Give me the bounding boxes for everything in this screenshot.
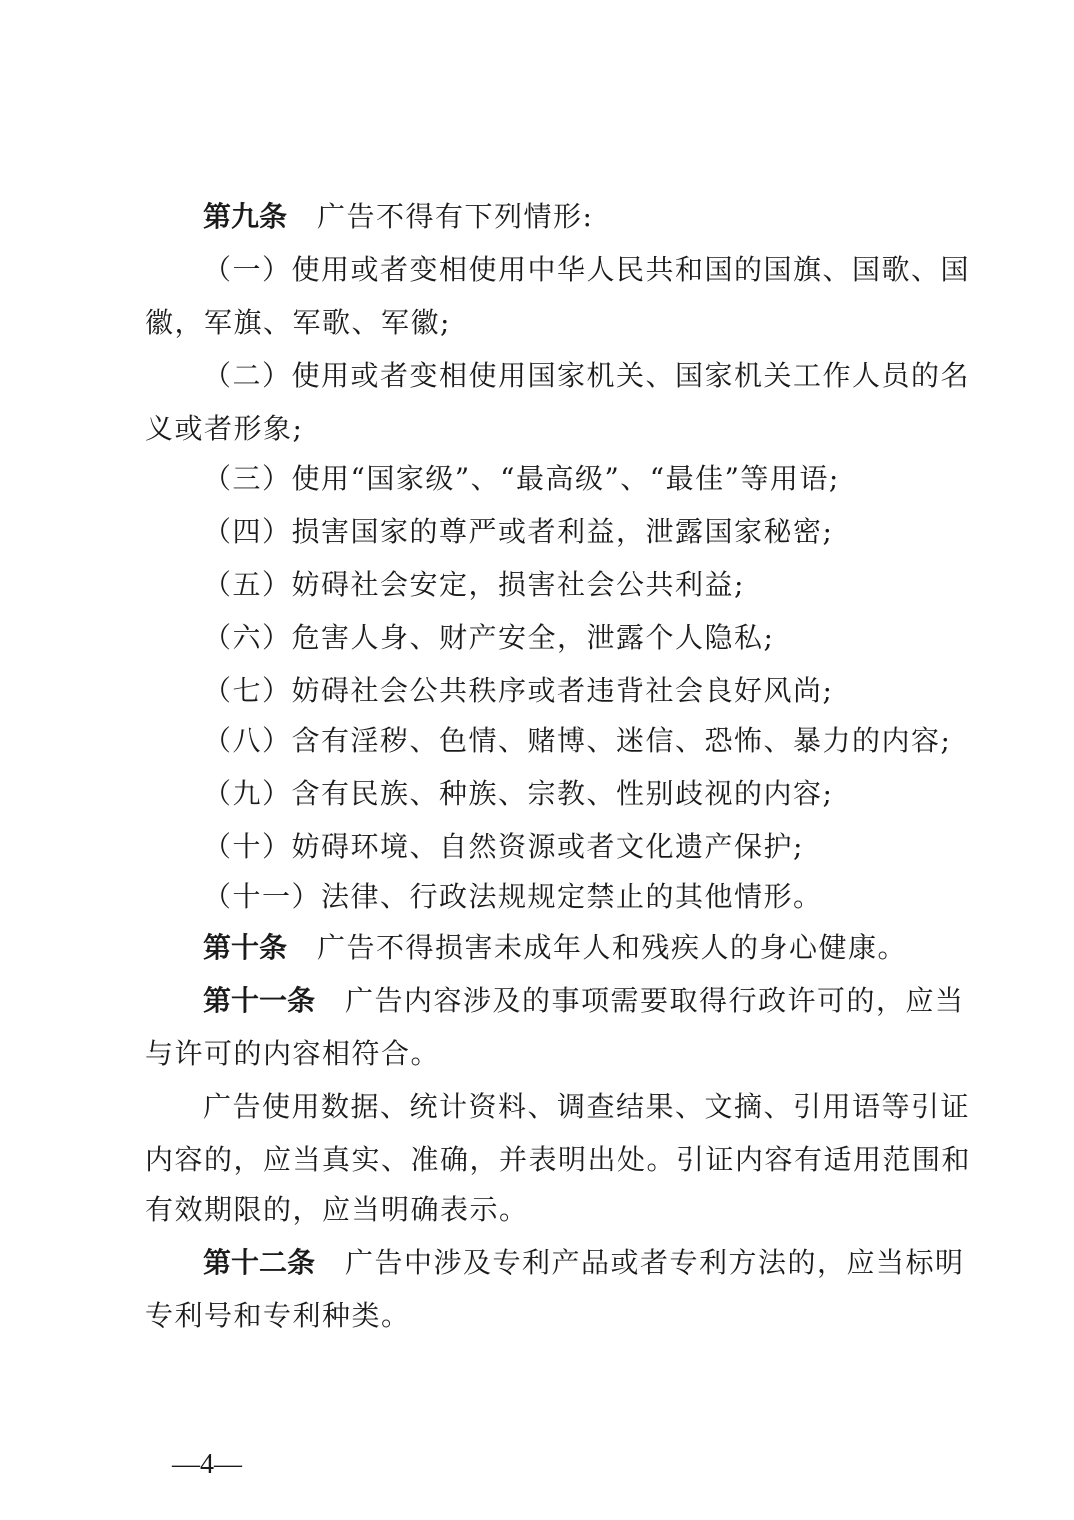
article-label: 第十条 [203, 931, 287, 964]
article-11-continuation: 与许可的内容相符合。 [145, 1036, 945, 1072]
article-9-heading: 第九条广告不得有下列情形: [203, 199, 1003, 235]
list-item: （八）含有淫秽、色情、赌博、迷信、恐怖、暴力的内容; [203, 723, 1003, 759]
list-item: （一）使用或者变相使用中华人民共和国的国旗、国歌、国 [203, 252, 1003, 288]
article-11-paragraph-2-line-2: 内容的，应当真实、准确，并表明出处。引证内容有适用范围和 [145, 1142, 945, 1178]
article-text: 广告不得损害未成年人和残疾人的身心健康。 [317, 931, 907, 964]
article-text: 广告中涉及专利产品或者专利方法的，应当标明 [345, 1246, 965, 1279]
list-item: （四）损害国家的尊严或者利益，泄露国家秘密; [203, 514, 1003, 550]
list-item: （七）妨碍社会公共秩序或者违背社会良好风尚; [203, 673, 1003, 709]
page-number: —4— [172, 1447, 242, 1483]
list-item: （五）妨碍社会安定，损害社会公共利益; [203, 567, 1003, 603]
list-item: （九）含有民族、种族、宗教、性别歧视的内容; [203, 776, 1003, 812]
article-text: 广告内容涉及的事项需要取得行政许可的，应当 [345, 984, 965, 1017]
article-11-paragraph-2-line-3: 有效期限的，应当明确表示。 [145, 1192, 945, 1228]
article-12-continuation: 专利号和专利种类。 [145, 1298, 945, 1334]
article-text: 广告不得有下列情形: [317, 200, 593, 233]
list-item-continuation: 义或者形象; [145, 411, 945, 447]
article-11-paragraph-2: 广告使用数据、统计资料、调查结果、文摘、引用语等引证 [203, 1089, 1003, 1125]
article-12: 第十二条广告中涉及专利产品或者专利方法的，应当标明 [203, 1245, 1003, 1281]
list-item: （六）危害人身、财产安全，泄露个人隐私; [203, 620, 1003, 656]
article-11: 第十一条广告内容涉及的事项需要取得行政许可的，应当 [203, 983, 1003, 1019]
article-label: 第十一条 [203, 984, 315, 1017]
list-item: （二）使用或者变相使用国家机关、国家机关工作人员的名 [203, 358, 1003, 394]
article-label: 第九条 [203, 200, 287, 233]
list-item: （三）使用“国家级”、“最高级”、“最佳”等用语; [203, 461, 1003, 497]
document-page: 第九条广告不得有下列情形: （一）使用或者变相使用中华人民共和国的国旗、国歌、国… [0, 0, 1074, 1520]
list-item-continuation: 徽，军旗、军歌、军徽; [145, 305, 945, 341]
list-item: （十一）法律、行政法规规定禁止的其他情形。 [203, 879, 1003, 915]
article-label: 第十二条 [203, 1246, 315, 1279]
list-item: （十）妨碍环境、自然资源或者文化遗产保护; [203, 829, 1003, 865]
article-10: 第十条广告不得损害未成年人和残疾人的身心健康。 [203, 930, 1003, 966]
